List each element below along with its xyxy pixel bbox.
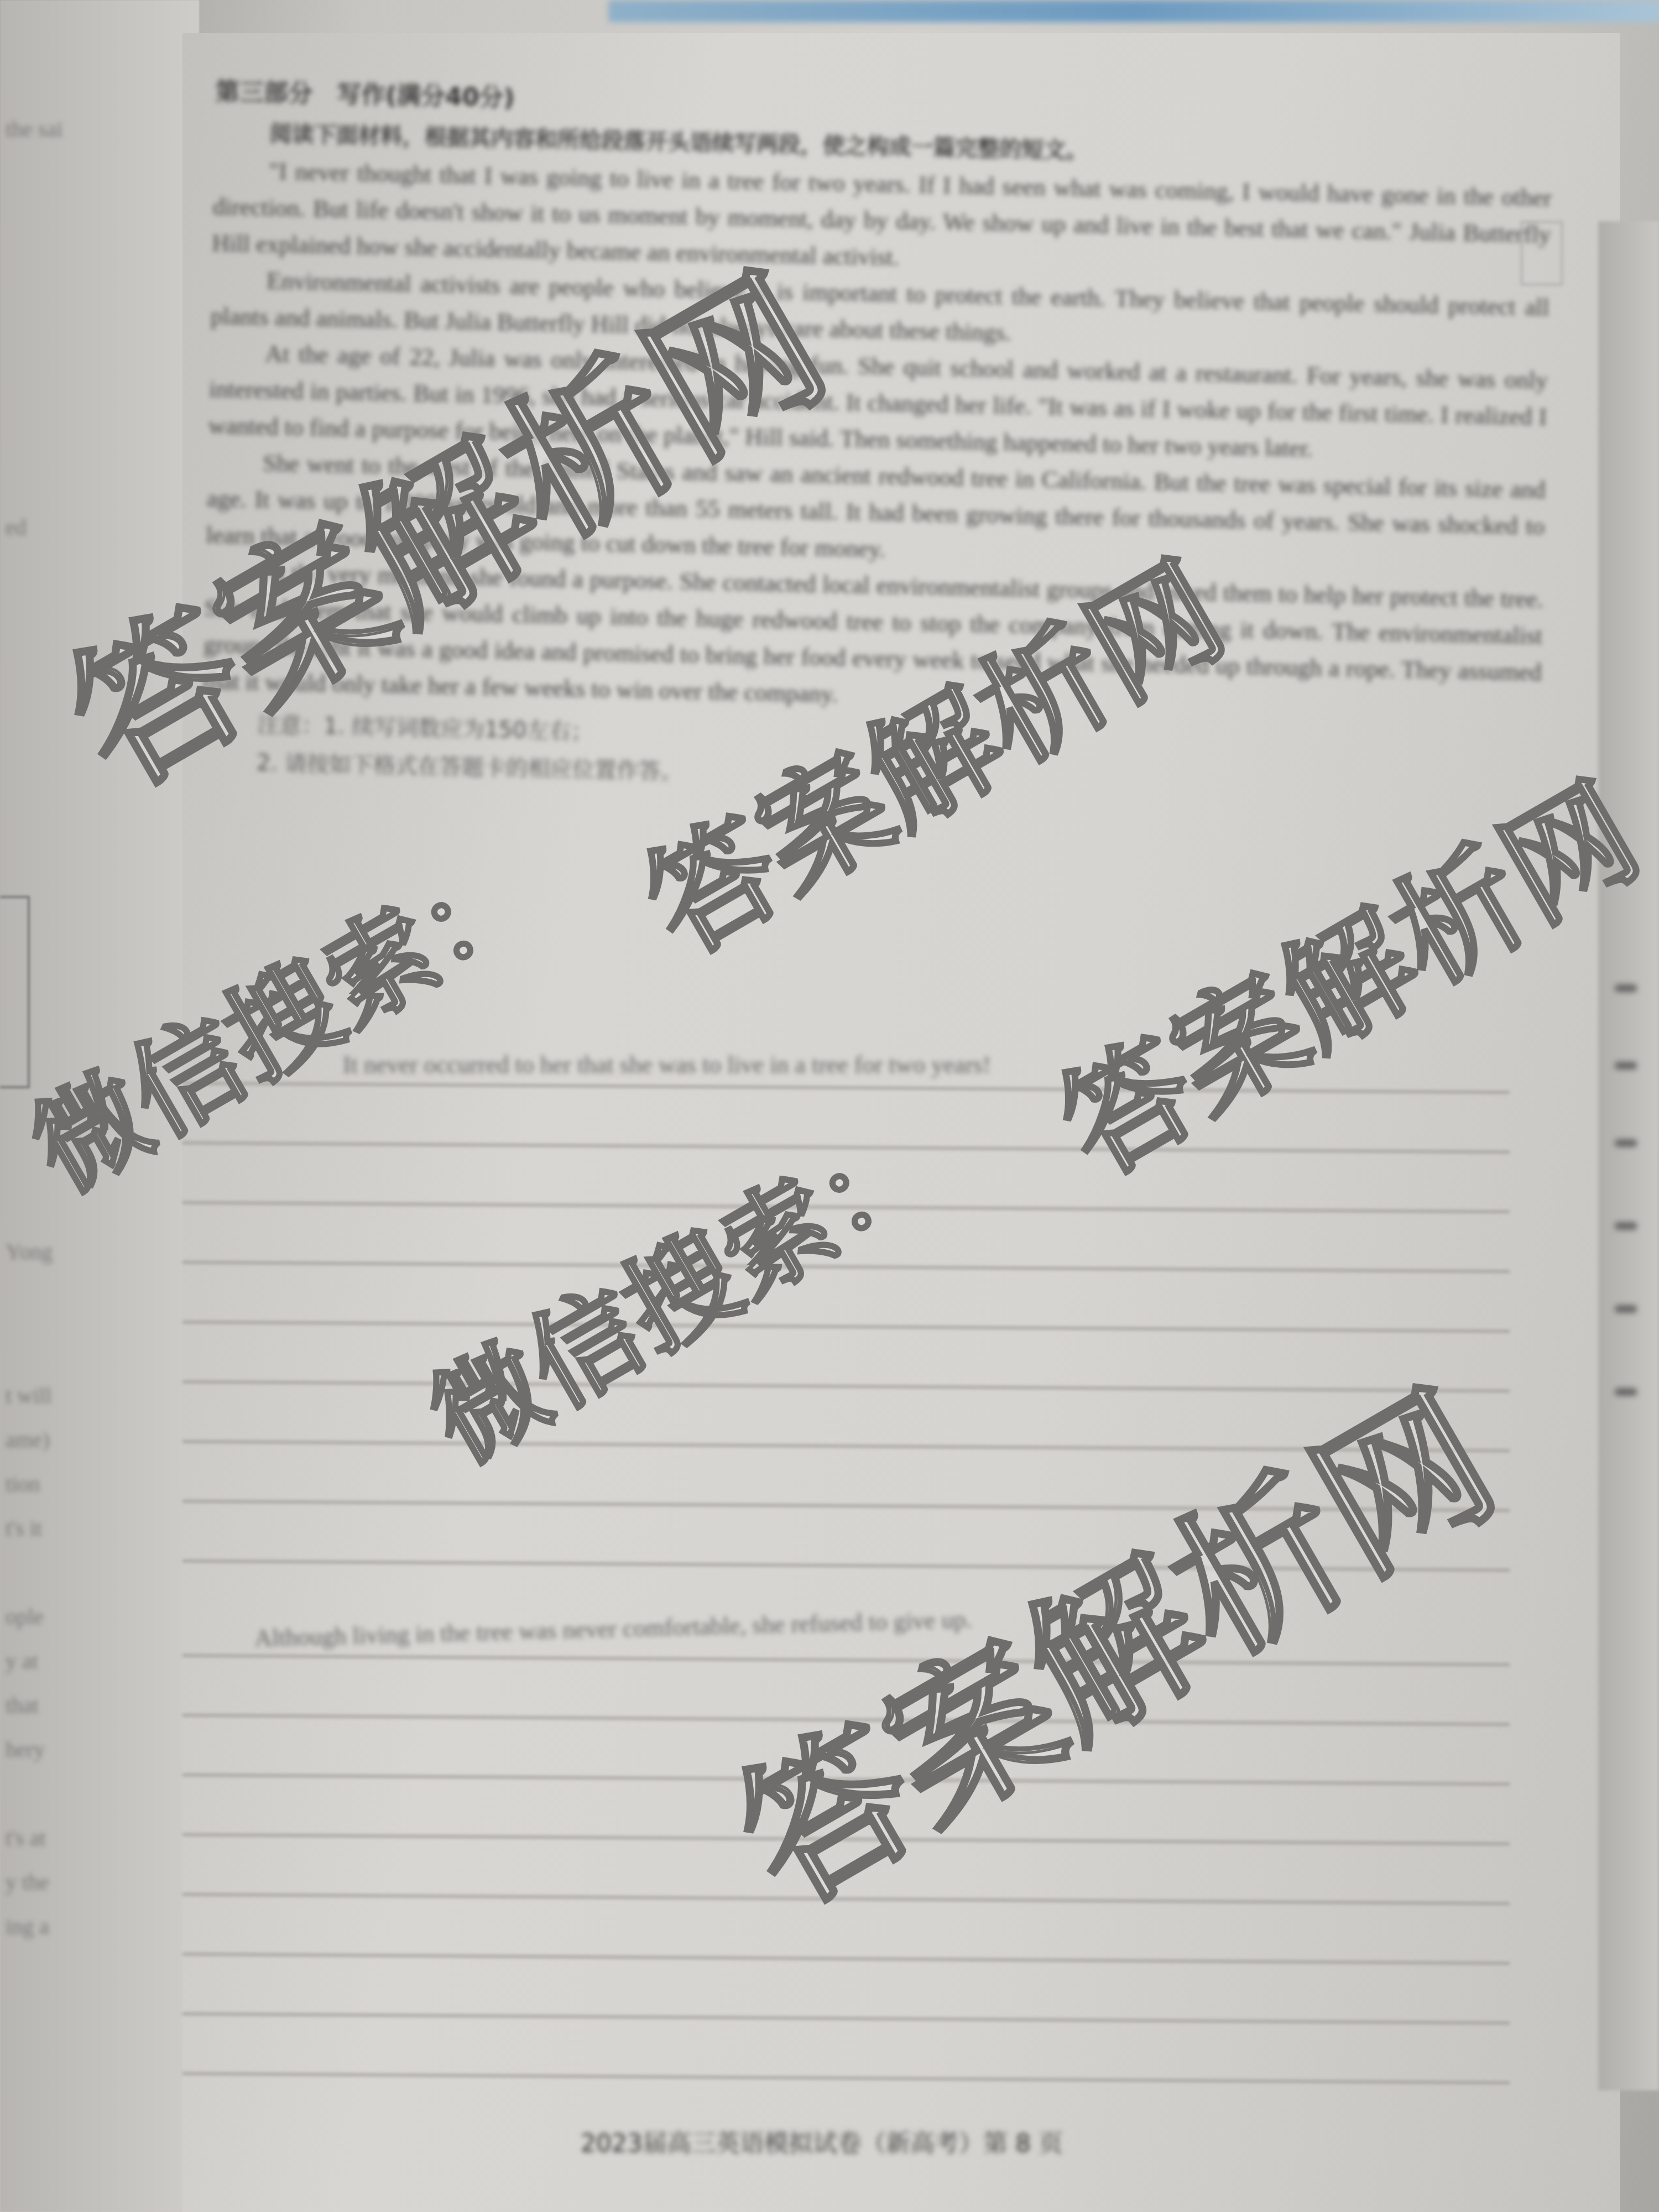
left-page-fragment: the sai (6, 116, 62, 142)
left-page-fragment: t will (6, 1383, 51, 1408)
left-page-table-fragment (0, 896, 30, 1088)
passage-paragraph: At the very moment, she found a purpose.… (202, 554, 1543, 728)
left-page-fragment: Yong (6, 1239, 53, 1265)
margin-mark (1615, 1139, 1637, 1147)
left-page-fragment: ing a (6, 1913, 49, 1939)
page-footer: 2023届高三英语模拟试卷（新高考）第 8 页 (581, 2124, 1063, 2159)
left-page-fragment: y at (6, 1648, 38, 1674)
book-edge-strip (608, 0, 1659, 22)
left-page-fragment: that (6, 1692, 39, 1718)
margin-mark (1615, 1222, 1637, 1230)
margin-mark (1615, 1062, 1637, 1070)
left-page-fragment: t's at (6, 1825, 46, 1851)
left-page-fragment: tion (6, 1471, 40, 1497)
margin-mark (1615, 1305, 1637, 1313)
left-page-edge: the sai ed Yong t will ame) tion t's it … (0, 0, 199, 2212)
binding-margin (1598, 221, 1659, 2090)
corner-mark (1521, 221, 1563, 285)
reading-passage: 第三部分 写作(满分40分) 阅读下面材料，根据其内容和所给段落开头语续写两段，… (201, 72, 1553, 804)
left-page-fragment: ople (6, 1604, 44, 1630)
left-page-fragment: ame) (6, 1427, 50, 1453)
margin-mark (1615, 984, 1637, 992)
paragraph-prompt-1: It never occurred to her that she was to… (343, 1051, 991, 1079)
exam-page: 第三部分 写作(满分40分) 阅读下面材料，根据其内容和所给段落开头语续写两段，… (182, 33, 1620, 2212)
margin-mark (1615, 1388, 1637, 1396)
left-page-fragment: hery (6, 1736, 45, 1762)
left-page-fragment: t's it (6, 1515, 42, 1541)
left-page-fragment: y the (6, 1869, 49, 1895)
left-page-fragment: ed (6, 514, 27, 540)
